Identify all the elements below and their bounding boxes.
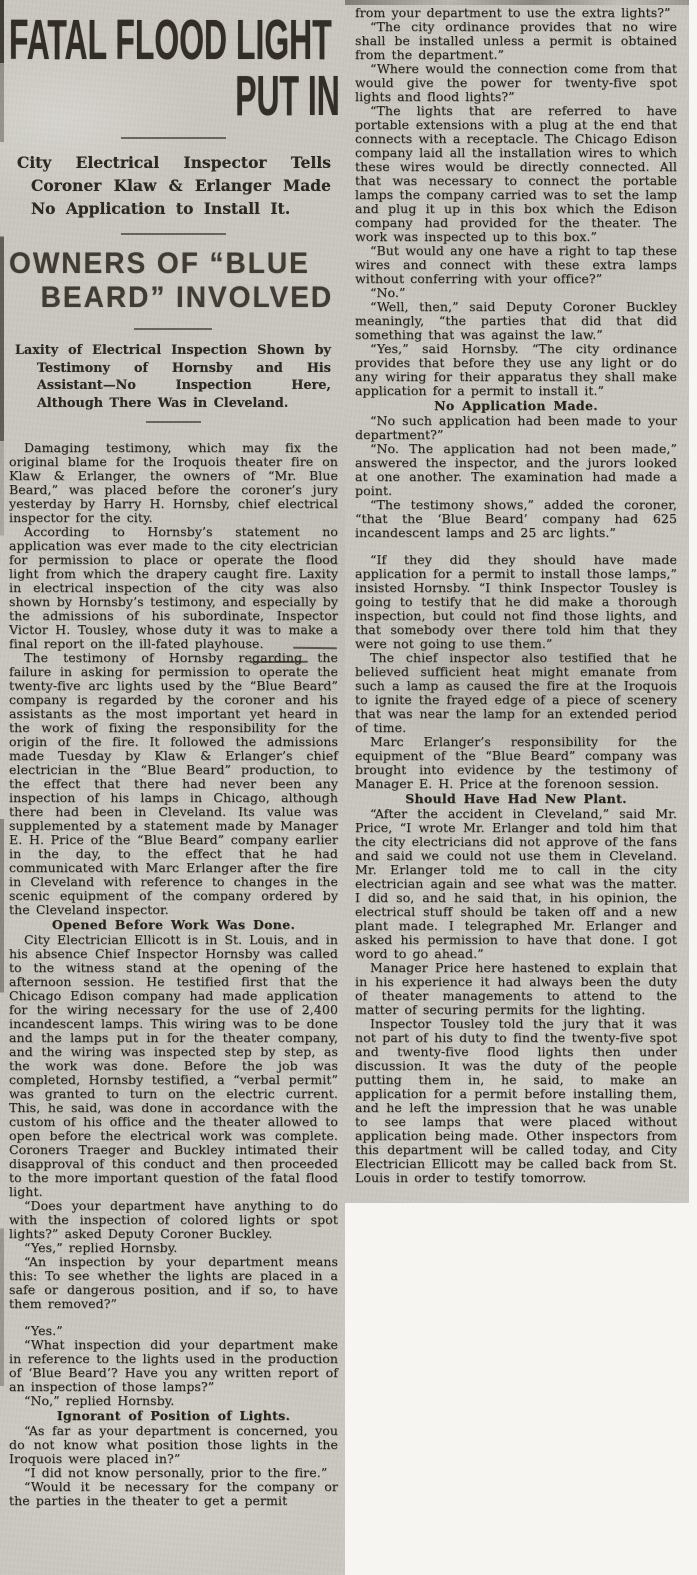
article-paragraph: “Yes,” said Hornsby. “The city ordinance… — [355, 342, 677, 398]
article-paragraph: “The lights that are referred to have po… — [355, 104, 677, 244]
article-subhead: Ignorant of Position of Lights. — [9, 1409, 338, 1423]
headline-text-1: FATAL FLOOD LIGHT — [9, 12, 332, 68]
right-article: from your department to use the extra li… — [355, 6, 677, 1185]
divider-rule — [121, 233, 226, 235]
headline-line-2: PUT IN ILLEGALLY — [9, 68, 337, 124]
article-paragraph: City Electrician Ellicott is in St. Loui… — [9, 933, 338, 1199]
article-paragraph: “No such application had been made to yo… — [355, 414, 677, 442]
article-paragraph: “Yes.” — [9, 1324, 338, 1338]
headline-line-1: FATAL FLOOD LIGHT — [9, 12, 337, 68]
article-paragraph: Manager Price here hastened to explain t… — [355, 961, 677, 1017]
article-paragraph: Damaging testimony, which may fix the or… — [9, 441, 338, 525]
article-paragraph: “As far as your department is concerned,… — [9, 1424, 338, 1466]
article-paragraph: “Where would the connection come from th… — [355, 62, 677, 104]
deck-summary: Laxity of Electrical Inspection Shown by… — [9, 342, 337, 412]
kicker-subhead: City Electrical Inspector Tells Coroner … — [9, 151, 337, 220]
article-paragraph: “Well, then,” said Deputy Coroner Buckle… — [355, 300, 677, 342]
article-paragraph: “After the accident in Cleveland,” said … — [355, 807, 677, 961]
article-paragraph: “Yes,” replied Hornsby. — [9, 1241, 338, 1255]
secondary-headline-text-2: BEARD” INVOLVED — [41, 281, 333, 315]
divider-rule — [121, 137, 226, 139]
article-subhead: No Application Made. — [355, 399, 677, 413]
article-subhead: Opened Before Work Was Done. — [9, 918, 338, 932]
article-paragraph: “No.” — [355, 286, 677, 300]
article-paragraph: “The testimony shows,” added the coroner… — [355, 498, 677, 540]
article-paragraph: “The city ordinance provides that no wir… — [355, 20, 677, 62]
newspaper-clipping-page: FATAL FLOOD LIGHT PUT IN ILLEGALLY City … — [0, 0, 697, 1575]
article-paragraph: Inspector Tousley told the jury that it … — [355, 1017, 677, 1185]
article-paragraph: “I did not know personally, prior to the… — [9, 1466, 338, 1480]
article-paragraph: According to Hornsby’s statement no appl… — [9, 525, 338, 651]
divider-rule — [134, 328, 212, 330]
article-paragraph: “But would any one have a right to tap t… — [355, 244, 677, 286]
secondary-headline-line-2: BEARD” INVOLVED — [9, 281, 337, 315]
article-paragraph: The testimony of Hornsby regarding the f… — [9, 651, 338, 917]
article-paragraph: “Would it be necessary for the company o… — [9, 1480, 338, 1508]
article-paragraph: “What inspection did your department mak… — [9, 1338, 338, 1394]
article-subhead: Should Have Had New Plant. — [355, 792, 677, 806]
divider-dash — [146, 421, 201, 423]
article-paragraph: “If they did they should have made appli… — [355, 553, 677, 651]
article-paragraph: from your department to use the extra li… — [355, 6, 677, 20]
article-paragraph: “No. The application had not been made,”… — [355, 442, 677, 498]
secondary-headline-text-1: OWNERS OF “BLUE — [9, 247, 310, 281]
pencil-underline — [250, 661, 308, 663]
article-paragraph: “No,” replied Hornsby. — [9, 1394, 338, 1408]
masthead: FATAL FLOOD LIGHT PUT IN ILLEGALLY City … — [0, 0, 345, 423]
headline-text-2: PUT IN ILLEGALLY — [235, 68, 345, 124]
secondary-headline-line-1: OWNERS OF “BLUE — [9, 247, 337, 281]
article-paragraph: The chief inspector also testified that … — [355, 651, 677, 735]
article-paragraph: “Does your department have anything to d… — [9, 1199, 338, 1241]
article-paragraph: “An inspection by your department means … — [9, 1255, 338, 1311]
left-column-clipping: FATAL FLOOD LIGHT PUT IN ILLEGALLY City … — [0, 0, 345, 1575]
left-article: Damaging testimony, which may fix the or… — [0, 431, 345, 1508]
article-paragraph: Marc Erlanger’s responsibility for the e… — [355, 735, 677, 791]
right-column-clipping: from your department to use the extra li… — [345, 0, 689, 1203]
